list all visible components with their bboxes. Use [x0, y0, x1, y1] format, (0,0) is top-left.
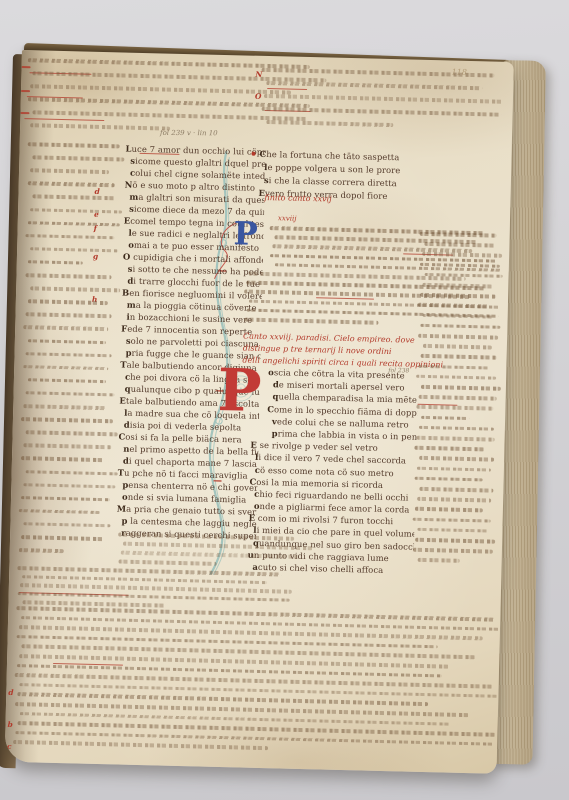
gloss-line	[28, 221, 120, 227]
gloss-line	[30, 84, 291, 94]
gloss-line	[32, 155, 124, 161]
gloss-line	[21, 417, 113, 423]
gloss-line	[30, 247, 118, 253]
gloss-line	[26, 352, 112, 358]
gloss-line	[415, 538, 495, 544]
gloss-line	[421, 354, 497, 359]
gloss-line	[416, 405, 493, 410]
gloss-line	[28, 142, 120, 148]
gloss-line	[266, 120, 393, 127]
gloss-line	[420, 232, 497, 237]
gloss-line	[28, 378, 106, 384]
gloss-line	[420, 324, 500, 330]
gloss-line	[413, 548, 493, 554]
gloss-line	[418, 558, 460, 563]
gloss-line	[26, 391, 115, 397]
gloss-line	[414, 446, 484, 451]
gloss-line	[417, 528, 489, 533]
gloss-line	[23, 365, 108, 371]
red-tick	[21, 90, 30, 92]
gloss-line	[23, 483, 115, 489]
gloss-line	[28, 299, 108, 305]
rubric-incipit-line-2: distingue p tre ternarij li nove ordini	[243, 343, 392, 356]
gloss-line	[21, 535, 104, 541]
gloss-line	[30, 286, 120, 292]
gloss-line	[244, 318, 378, 325]
manuscript-photo: 118 fol 239 v · lin 10 fol 238 Luce 7 am…	[0, 0, 569, 800]
gloss-line	[118, 560, 216, 566]
gloss-line	[28, 181, 115, 187]
gloss-line	[23, 404, 106, 410]
manuscript-page: 118 fol 239 v · lin 10 fol 238 Luce 7 am…	[5, 50, 514, 774]
gloss-line	[424, 242, 496, 247]
initial-P-canto: P	[217, 361, 262, 420]
gloss-line	[30, 123, 170, 130]
gloss-line	[25, 234, 114, 240]
gloss-line	[23, 443, 111, 449]
margin-mark: d	[8, 688, 13, 697]
gloss-line	[28, 339, 106, 345]
gloss-line	[23, 326, 108, 332]
gloss-line	[26, 470, 118, 476]
red-underline	[316, 297, 374, 300]
red-tick	[22, 66, 31, 68]
gloss-line	[21, 456, 104, 462]
gloss-line	[418, 303, 490, 308]
gloss-line	[17, 566, 281, 576]
red-underline	[24, 118, 104, 121]
initial-P-commentary: P	[233, 217, 258, 250]
gloss-line	[264, 94, 504, 103]
gloss-line	[22, 575, 267, 585]
gloss-line	[32, 195, 115, 201]
gloss-line	[417, 436, 495, 442]
red-tick	[20, 112, 29, 114]
gloss-line	[419, 395, 497, 400]
paragraph-mark	[251, 152, 255, 156]
gloss-line	[417, 466, 491, 471]
gloss-line	[413, 517, 491, 522]
gloss-line	[28, 260, 83, 265]
gloss-line	[13, 740, 268, 750]
gloss-line	[30, 208, 122, 214]
margin-mark: b	[7, 720, 12, 729]
gloss-line	[30, 168, 109, 174]
gloss-line	[419, 456, 494, 461]
rubric-explicit: finito canto xxvij	[264, 193, 331, 204]
gloss-line	[21, 496, 110, 502]
gloss-line	[26, 312, 113, 318]
gloss-line	[26, 430, 118, 436]
gloss-line	[415, 507, 483, 512]
gloss-line	[19, 548, 64, 553]
gloss-line	[419, 487, 493, 492]
gloss-line	[423, 344, 492, 349]
gloss-line	[19, 509, 100, 515]
gloss-line	[419, 426, 494, 431]
gloss-line	[422, 252, 502, 258]
gloss-line	[417, 497, 491, 502]
margin-mark: d	[94, 187, 99, 196]
gloss-line	[421, 415, 469, 420]
verse-column-left: Luce 7 amor dun occhio lui cöpredesicome…	[116, 143, 266, 542]
gloss-line	[416, 375, 496, 381]
margin-mark: g	[93, 252, 98, 261]
margin-mark: c	[7, 742, 12, 751]
rubric-incipit-line-1: Canto xxviij. paradisi. Cielo empireo. d…	[243, 331, 415, 344]
gloss-line	[418, 334, 498, 340]
gloss-line	[25, 273, 112, 279]
gloss-line	[20, 583, 292, 593]
gloss-line	[421, 385, 501, 391]
gloss-line	[23, 522, 110, 528]
gloss-line	[415, 477, 483, 482]
rubric-canto-number: xxviij	[278, 214, 297, 222]
